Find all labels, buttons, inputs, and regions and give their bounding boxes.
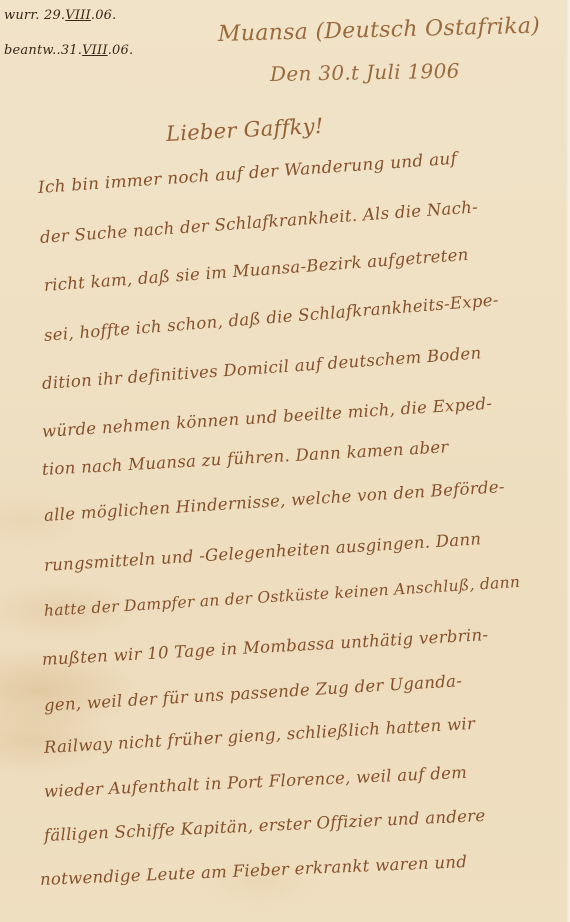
letter-place: Muansa (Deutsch Ostafrika)	[218, 14, 541, 47]
archive-note-label: beantw.	[4, 43, 56, 58]
archive-note-year: .06.	[91, 8, 117, 23]
body-line: gen, weil der für uns passende Zug der U…	[43, 671, 462, 715]
body-line: der Suche nach der Schlafkrankheit. Als …	[39, 197, 478, 247]
paper-edge	[566, 0, 570, 922]
body-line: hatte der Dampfer an der Ostküste keinen…	[43, 573, 520, 620]
archive-note-day: 29.	[44, 8, 65, 23]
archive-note-received: wurr. 29.VIII.06.	[4, 8, 116, 23]
letter-salutation: Lieber Gaffky!	[165, 114, 324, 146]
archive-note-year: .06.	[108, 43, 134, 58]
body-line: sei, hoffte ich schon, daß die Schlafkra…	[43, 290, 499, 345]
body-line: rungsmitteln und -Gelegenheiten ausginge…	[43, 529, 481, 575]
archive-note-label: wurr.	[4, 8, 40, 23]
letter-page: wurr. 29.VIII.06. beantw..31.VIII.06. Mu…	[0, 0, 570, 922]
archive-note-answered: beantw..31.VIII.06.	[4, 43, 133, 58]
body-line: Railway nicht früher gieng, schließlich …	[43, 714, 475, 757]
archive-note-month: VIII	[65, 8, 91, 23]
body-line: richt kam, daß sie im Muansa-Bezirk aufg…	[43, 245, 469, 295]
body-line: fälligen Schiffe Kapitän, erster Offizie…	[44, 806, 486, 845]
archive-note-day: .31.	[56, 43, 82, 58]
archive-note-month: VIII	[82, 43, 108, 58]
letter-date: Den 30.t Juli 1906	[270, 59, 460, 86]
body-line: tion nach Muansa zu führen. Dann kamen a…	[41, 437, 449, 479]
body-line: notwendige Leute am Fieber erkrankt ware…	[40, 852, 468, 889]
body-line: dition ihr definitives Domicil auf deuts…	[41, 343, 482, 393]
body-line: alle möglichen Hindernisse, welche von d…	[43, 477, 505, 525]
body-line: würde nehmen können und beeilte mich, di…	[41, 394, 492, 441]
body-line: mußten wir 10 Tage in Mombassa unthätig …	[41, 625, 488, 669]
body-line: Ich bin immer noch auf der Wanderung und…	[37, 149, 457, 197]
body-line: wieder Aufenthalt in Port Florence, weil…	[44, 763, 468, 801]
